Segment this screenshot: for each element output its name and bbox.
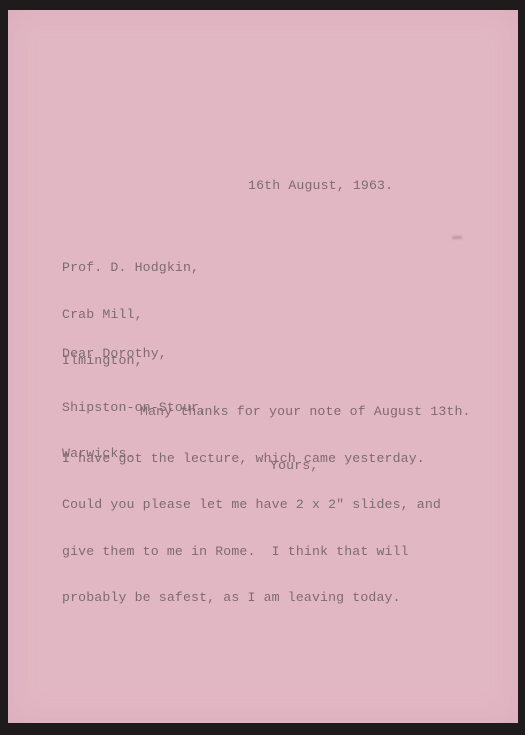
letter-body: Many thanks for your note of August 13th… (62, 373, 471, 621)
body-line: Could you please let me have 2 x 2" slid… (62, 497, 471, 513)
body-line: Many thanks for your note of August 13th… (62, 404, 471, 420)
address-line: Prof. D. Hodgkin, (62, 260, 207, 276)
body-line: I have got the lecture, which came yeste… (62, 451, 471, 467)
closing: Yours, (270, 458, 318, 474)
salutation: Dear Dorothy, (62, 346, 167, 362)
ink-smudge (452, 236, 462, 239)
body-line: give them to me in Rome. I think that wi… (62, 544, 471, 560)
letter-date: 16th August, 1963. (248, 178, 393, 194)
address-line: Crab Mill, (62, 307, 207, 323)
body-line: probably be safest, as I am leaving toda… (62, 590, 471, 606)
